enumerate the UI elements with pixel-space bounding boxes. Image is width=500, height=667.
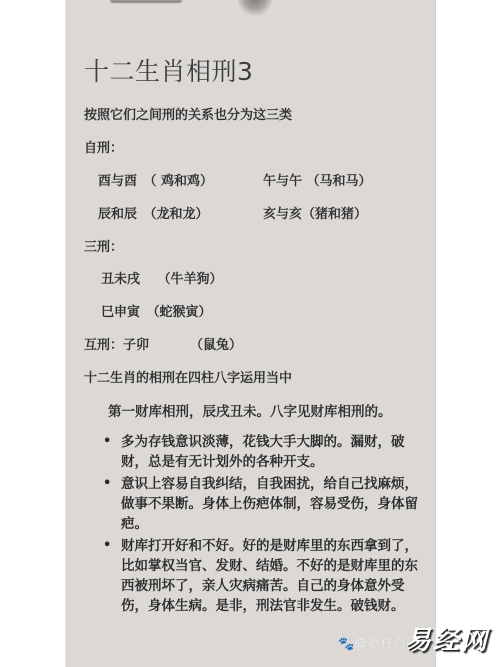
mutual-punish-animals: （鼠兔） (190, 334, 242, 353)
top-image-shadow (238, 0, 272, 16)
intro-text: 按照它们之间刑的关系也分为这三类 (84, 104, 292, 123)
first-item-text: 第一财库相刑，辰戌丑未。八字见财库相刑的。 (108, 400, 392, 420)
top-image-fragment (110, 0, 182, 3)
bullet-text: 财库打开好和不好。好的是财库里的东西拿到了，比如掌权当官、发财、结婚。不好的是财… (121, 538, 418, 614)
bullet-dot-icon: • (103, 474, 111, 494)
self-punish-pair: 亥与亥（猪和猪） (263, 203, 367, 222)
bullet-text: 意识上容易自我纠结，自我困扰，给自己找麻烦，做事不果断。身体上伤疤体制，容易受伤… (121, 476, 418, 532)
article-panel: 十二生肖相刑3 按照它们之间刑的关系也分为这三类 自刑： 酉与酉 （ 鸡和鸡） … (65, 0, 436, 667)
mutual-punish-label: 互刑：子卯 (84, 334, 149, 353)
self-punish-pair: 午与午 （马和马） (263, 170, 372, 189)
self-punish-pair: 酉与酉 （ 鸡和鸡） (98, 170, 213, 189)
site-logo-text: 易经网 (405, 620, 489, 657)
bullet-list: • 多为存钱意识淡薄，花钱大手大脚的。漏财，破财，总是有无计划外的各种开支。 •… (96, 432, 426, 618)
bullet-dot-icon: • (103, 432, 111, 452)
self-punish-label: 自刑： (84, 137, 123, 156)
bullet-item: • 财库打开好和不好。好的是财库里的东西拿到了，比如掌权当官、发财、结婚。不好的… (96, 536, 426, 616)
section-heading: 十二生肖的相刑在四柱八字运用当中 (84, 367, 292, 386)
three-punish-label: 三刑： (84, 236, 123, 255)
article-title: 十二生肖相刑3 (84, 52, 253, 88)
bullet-dot-icon: • (103, 536, 111, 556)
three-punish-row: 丑未戌 （牛羊狗） (101, 268, 223, 287)
bullet-item: • 意识上容易自我纠结，自我困扰，给自己找麻烦，做事不果断。身体上伤疤体制，容易… (96, 474, 426, 534)
three-punish-row: 巳申寅 （蛇猴寅） (101, 301, 212, 320)
bullet-item: • 多为存钱意识淡薄，花钱大手大脚的。漏财，破财，总是有无计划外的各种开支。 (96, 432, 426, 472)
bullet-text: 多为存钱意识淡薄，花钱大手大脚的。漏财，破财，总是有无计划外的各种开支。 (121, 434, 405, 470)
self-punish-pair: 辰和辰 （龙和龙） (98, 203, 209, 222)
